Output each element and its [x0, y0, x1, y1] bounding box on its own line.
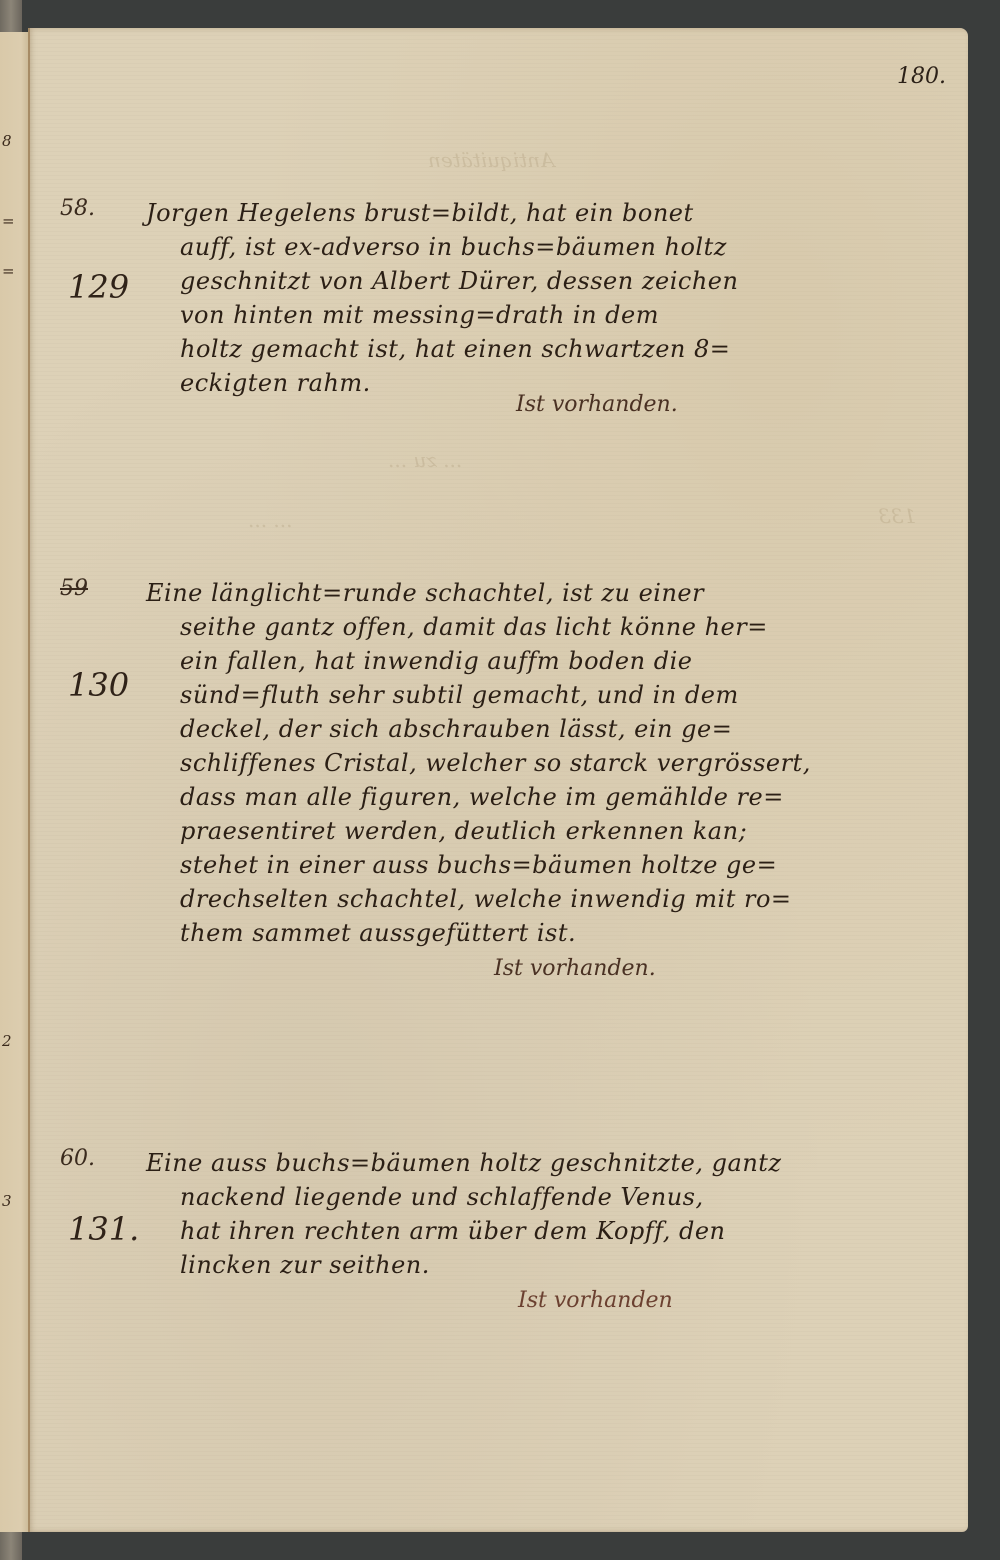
entry-line: drechselten schachtel, welche inwendig m… [180, 882, 946, 916]
entry-line: hat ihren rechten arm über dem Kopff, de… [180, 1214, 946, 1248]
entry-line: Eine auss buchs=bäumen holtz geschnitzte… [146, 1146, 946, 1180]
entry-line: Eine länglicht=runde schachtel, ist zu e… [146, 576, 946, 610]
previous-page-edge: 8 = = 2 3 [0, 32, 31, 1532]
catalog-number: 131. [68, 1210, 139, 1248]
catalog-number: 129 [68, 268, 129, 306]
prev-page-mark: = [2, 212, 15, 230]
entry-line: them sammet aussgefüttert ist. [180, 916, 946, 950]
entry-line: ein fallen, hat inwendig auffm boden die [180, 644, 946, 678]
entry-line: praesentiret werden, deutlich erkennen k… [180, 814, 946, 848]
status-note: Ist vorhanden [518, 1288, 673, 1313]
status-note: Ist vorhanden. [516, 392, 678, 417]
prev-page-mark: 3 [2, 1192, 12, 1210]
entry-line: nackend liegende und schlaffende Venus, [180, 1180, 946, 1214]
entry-number: 58. [60, 196, 95, 221]
status-note: Ist vorhanden. [494, 956, 656, 981]
entry-line: Jorgen Hegelens brust=bildt, hat ein bon… [146, 196, 946, 230]
entry-text: Eine länglicht=runde schachtel, ist zu e… [146, 576, 946, 950]
entry-line: geschnitzt von Albert Dürer, dessen zeic… [180, 264, 946, 298]
entry-line: sünd=fluth sehr subtil gemacht, und in d… [180, 678, 946, 712]
prev-page-mark: = [2, 262, 15, 280]
entry-line: holtz gemacht ist, hat einen schwartzen … [180, 332, 946, 366]
prev-page-mark: 8 [2, 132, 12, 150]
bleed-through-text: ... zu ... [388, 448, 462, 472]
entry-line: schliffenes Cristal, welcher so starck v… [180, 746, 946, 780]
bleed-through-text: Antiquitäten [428, 148, 555, 172]
entry-number: 60. [60, 1146, 95, 1171]
entry-text: Eine auss buchs=bäumen holtz geschnitzte… [146, 1146, 946, 1282]
gutter-fold [28, 28, 30, 1532]
catalog-number: 130 [68, 666, 129, 704]
entry-number-struck: 59 [60, 576, 88, 601]
entry-line: stehet in einer auss buchs=bäumen holtze… [180, 848, 946, 882]
bleed-through-text: ... ... [248, 508, 293, 532]
entry-line: lincken zur seithen. [180, 1248, 946, 1282]
entry-text: Jorgen Hegelens brust=bildt, hat ein bon… [146, 196, 946, 400]
entry-line: auff, ist ex-adverso in buchs=bäumen hol… [180, 230, 946, 264]
bleed-through-text: 133 [878, 504, 916, 528]
entry-line: von hinten mit messing=drath in dem [180, 298, 946, 332]
entry-line: deckel, der sich abschrauben lässt, ein … [180, 712, 946, 746]
entry-line: seithe gantz offen, damit das licht könn… [180, 610, 946, 644]
prev-page-mark: 2 [2, 1032, 12, 1050]
entry-line: dass man alle figuren, welche im gemähld… [180, 780, 946, 814]
folio-number: 180. [897, 64, 946, 89]
manuscript-page: 180. Antiquitäten ... zu ... ... ... 133… [28, 28, 968, 1532]
